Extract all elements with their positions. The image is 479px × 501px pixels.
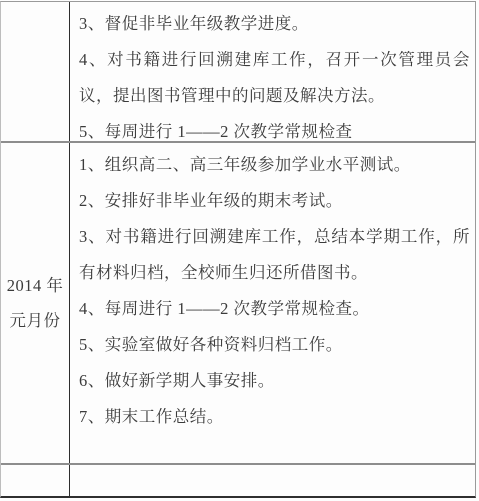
task-item: 4、对书籍进行回溯建库工作，召开一次管理员会议，提出图书管理中的问题及解决方法。 [79, 42, 470, 114]
table-row-empty [1, 463, 475, 496]
task-item: 2、安排好非毕业年级的期末考试。 [79, 183, 470, 219]
period-month: 元月份 [7, 303, 64, 338]
period-cell-empty [1, 2, 70, 141]
task-item: 5、实验室做好各种资料归档工作。 [79, 327, 470, 363]
task-item: 5、每周进行 1——2 次教学常规检查 [79, 114, 470, 141]
table-row-january-2014: 2014 年 元月份 1、组织高二、高三年级参加学业水平测试。 2、安排好非毕业… [1, 141, 475, 463]
period-label: 2014 年 元月份 [7, 268, 64, 338]
schedule-table: 3、督促非毕业年级教学进度。 4、对书籍进行回溯建库工作，召开一次管理员会议，提… [0, 1, 476, 498]
task-item: 4、每周进行 1——2 次教学常规检查。 [79, 291, 470, 327]
period-cell: 2014 年 元月份 [1, 143, 70, 463]
period-year: 2014 年 [7, 268, 64, 303]
tasks-cell: 3、督促非毕业年级教学进度。 4、对书籍进行回溯建库工作，召开一次管理员会议，提… [70, 2, 475, 141]
tasks-cell-empty [70, 465, 475, 496]
task-item: 1、组织高二、高三年级参加学业水平测试。 [79, 147, 470, 183]
tasks-cell: 1、组织高二、高三年级参加学业水平测试。 2、安排好非毕业年级的期末考试。 3、… [70, 143, 475, 463]
scanned-document-page: 3、督促非毕业年级教学进度。 4、对书籍进行回溯建库工作，召开一次管理员会议，提… [0, 0, 479, 501]
task-item: 3、对书籍进行回溯建库工作，总结本学期工作，所有材料归档，全校师生归还所借图书。 [79, 219, 470, 291]
table-row-continued: 3、督促非毕业年级教学进度。 4、对书籍进行回溯建库工作，召开一次管理员会议，提… [1, 2, 475, 141]
task-item: 7、期末工作总结。 [79, 399, 470, 435]
period-cell-empty [1, 465, 70, 496]
task-item: 3、督促非毕业年级教学进度。 [79, 6, 470, 42]
task-item: 6、做好新学期人事安排。 [79, 363, 470, 399]
